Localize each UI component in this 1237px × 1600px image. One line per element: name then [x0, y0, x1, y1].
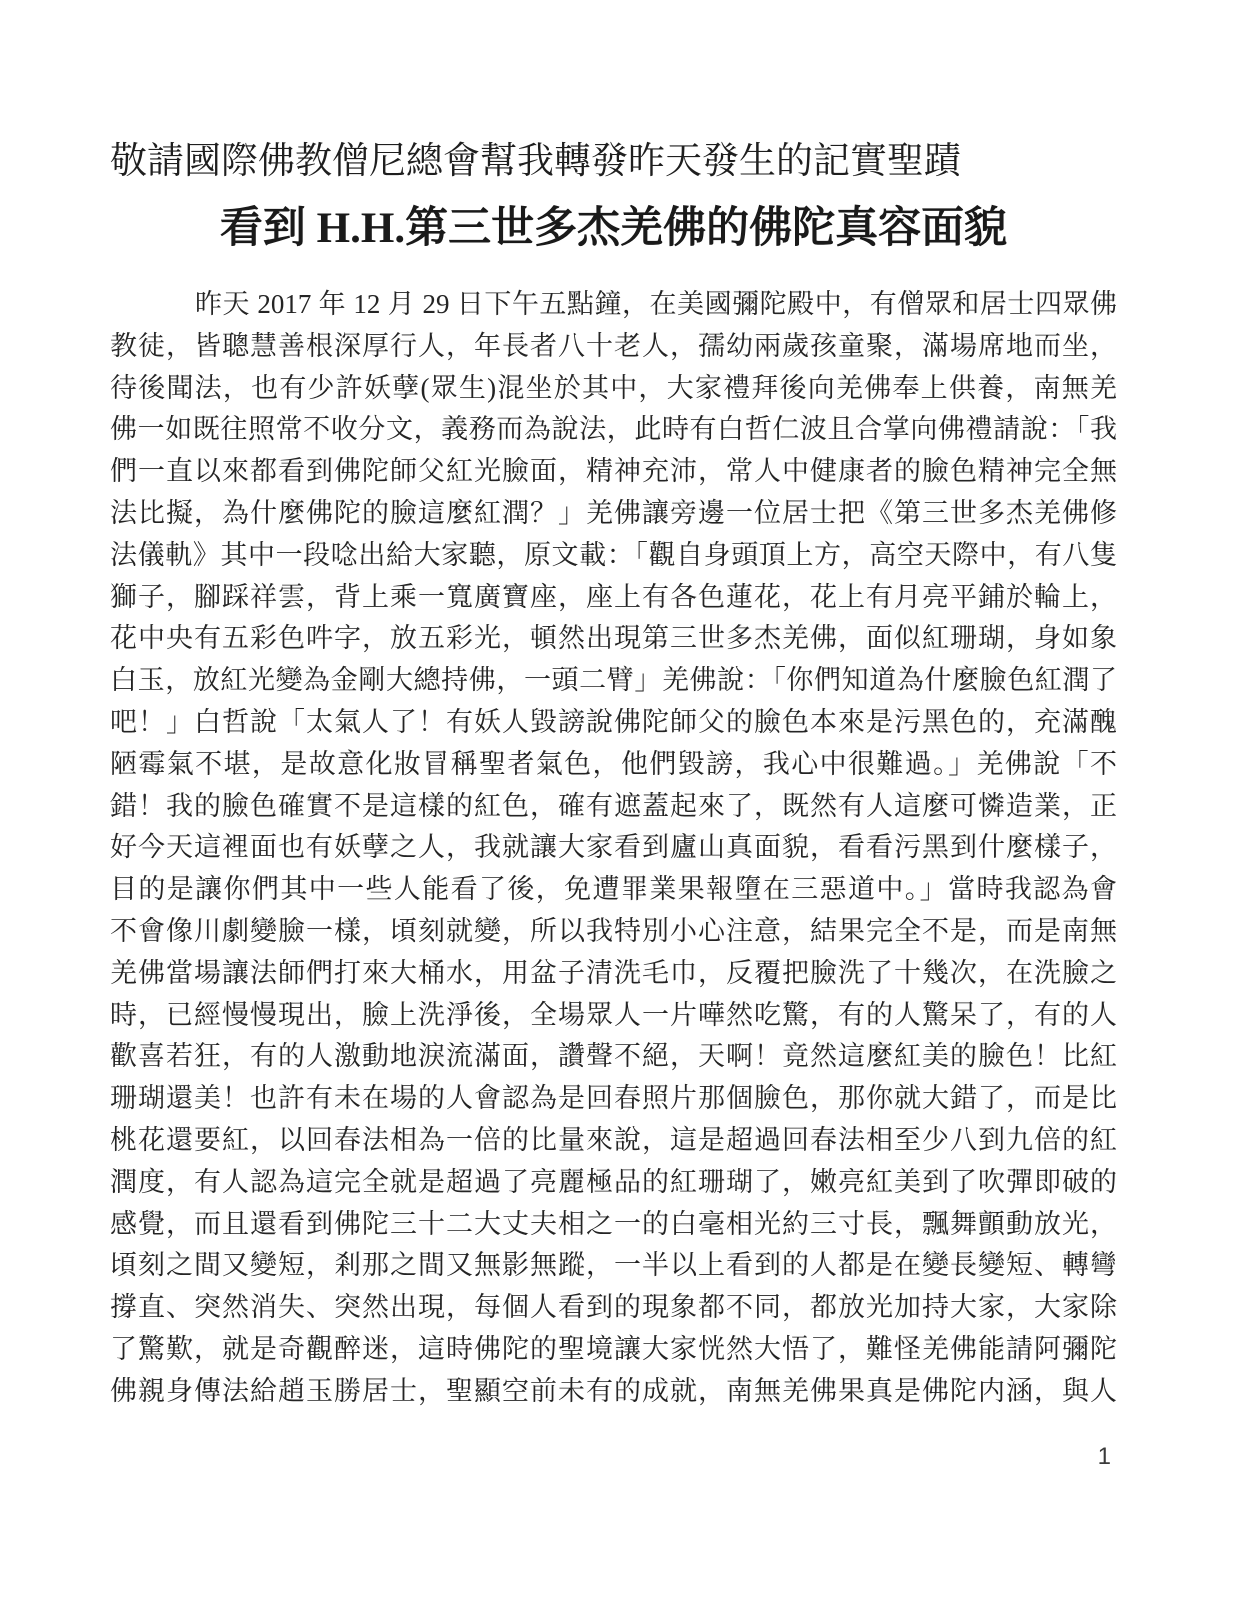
- document-content: 敬請國際佛教僧尼總會幫我轉發昨天發生的記實聖蹟 看到 H.H.第三世多杰羌佛的佛…: [110, 138, 1117, 1413]
- body-line: 目的是讓你們其中一些人能看了後，免遭罪業果報墮在三惡道中。」當時我認為會: [110, 869, 1117, 911]
- body-line: 白玉，放紅光變為金剛大總持佛，一頭二臂」羌佛說：「你們知道為什麼臉色紅潤了: [110, 660, 1117, 702]
- body-line: 教徒，皆聰慧善根深厚行人，年長者八十老人，孺幼兩歲孩童聚，滿場席地而坐，: [110, 326, 1117, 368]
- document-page: 敬請國際佛教僧尼總會幫我轉發昨天發生的記實聖蹟 看到 H.H.第三世多杰羌佛的佛…: [0, 0, 1237, 1600]
- body-line: 待後聞法，也有少許妖孽(眾生)混坐於其中，大家禮拜後向羌佛奉上供養，南無羌: [110, 368, 1117, 410]
- page-number: 1: [110, 1442, 1111, 1472]
- body-line: 昨天 2017 年 12 月 29 日下午五點鐘，在美國彌陀殿中，有僧眾和居士四…: [110, 284, 1117, 326]
- body-line: 花中央有五彩色吽字，放五彩光，頓然出現第三世多杰羌佛，面似紅珊瑚，身如象: [110, 618, 1117, 660]
- body-line: 法儀軌》其中一段唸出給大家聽，原文載：「觀自身頭頂上方，高空天際中，有八隻: [110, 535, 1117, 577]
- body-line: 頃刻之間又變短，剎那之間又無影無蹤，一半以上看到的人都是在變長變短、轉彎: [110, 1245, 1117, 1287]
- body-line: 吧！」白哲說「太氣人了！有妖人毀謗說佛陀師父的臉色本來是污黑色的，充滿醜: [110, 702, 1117, 744]
- body-line: 獅子，腳踩祥雲，背上乘一寬廣寶座，座上有各色蓮花，花上有月亮平鋪於輪上，: [110, 577, 1117, 619]
- body-line: 歡喜若狂，有的人激動地淚流滿面，讚聲不絕，天啊！竟然這麼紅美的臉色！比紅: [110, 1036, 1117, 1078]
- body-line: 了驚歎，就是奇觀醉迷，這時佛陀的聖境讓大家恍然大悟了，難怪羌佛能請阿彌陀: [110, 1329, 1117, 1371]
- body-line: 感覺，而且還看到佛陀三十二大丈夫相之一的白毫相光約三寸長，飄舞顫動放光，: [110, 1204, 1117, 1246]
- body-line: 不會像川劇變臉一樣，頃刻就變，所以我特別小心注意，結果完全不是，而是南無: [110, 911, 1117, 953]
- document-header: 敬請國際佛教僧尼總會幫我轉發昨天發生的記實聖蹟: [110, 138, 1117, 186]
- body-line: 好今天這裡面也有妖孽之人，我就讓大家看到廬山真面貌，看看污黑到什麼樣子，: [110, 827, 1117, 869]
- body-line: 珊瑚還美！也許有未在場的人會認為是回春照片那個臉色，那你就大錯了，而是比: [110, 1078, 1117, 1120]
- body-line: 撐直、突然消失、突然出現，每個人看到的現象都不同，都放光加持大家，大家除: [110, 1287, 1117, 1329]
- document-title: 看到 H.H.第三世多杰羌佛的佛陀真容面貌: [110, 204, 1117, 254]
- body-line: 佛親身傳法給趙玉勝居士，聖顯空前未有的成就，南無羌佛果真是佛陀内涵，與人: [110, 1371, 1117, 1413]
- body-line: 潤度，有人認為這完全就是超過了亮麗極品的紅珊瑚了，嫩亮紅美到了吹彈即破的: [110, 1162, 1117, 1204]
- body-paragraph: 昨天 2017 年 12 月 29 日下午五點鐘，在美國彌陀殿中，有僧眾和居士四…: [110, 284, 1117, 1413]
- body-line: 錯！我的臉色確實不是這樣的紅色，確有遮蓋起來了，既然有人這麼可憐造業，正: [110, 786, 1117, 828]
- body-line: 佛一如既往照常不收分文，義務而為說法，此時有白哲仁波且合掌向佛禮請說：「我: [110, 409, 1117, 451]
- body-line: 陋霉氣不堪，是故意化妝冒稱聖者氣色，他們毀謗，我心中很難過。」羌佛說「不: [110, 744, 1117, 786]
- body-line: 們一直以來都看到佛陀師父紅光臉面，精神充沛，常人中健康者的臉色精神完全無: [110, 451, 1117, 493]
- body-line: 桃花還要紅，以回春法相為一倍的比量來說，這是超過回春法相至少八到九倍的紅: [110, 1120, 1117, 1162]
- body-line: 羌佛當場讓法師們打來大桶水，用盆子清洗毛巾，反覆把臉洗了十幾次，在洗臉之: [110, 953, 1117, 995]
- body-line: 時，已經慢慢現出，臉上洗淨後，全場眾人一片嘩然吃驚，有的人驚呆了，有的人: [110, 995, 1117, 1037]
- body-line: 法比擬，為什麼佛陀的臉這麼紅潤？」羌佛讓旁邊一位居士把《第三世多杰羌佛修: [110, 493, 1117, 535]
